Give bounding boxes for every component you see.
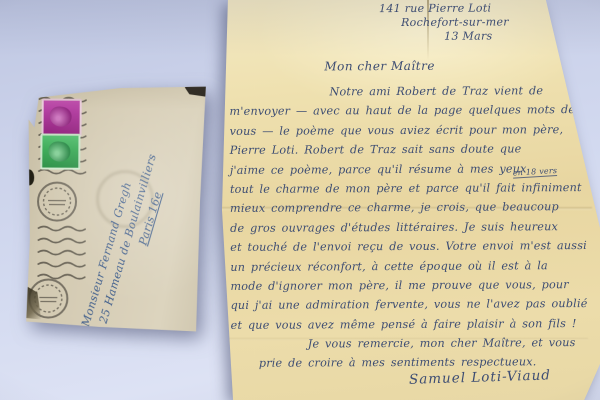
letter-signature: Samuel Loti-Viaud xyxy=(409,367,551,387)
letter-line: un précieux réconfort, à cette époque où… xyxy=(230,256,587,277)
letter-line: et que vous avez même pensé à faire plai… xyxy=(231,314,588,335)
embossed-ring-mark xyxy=(96,170,154,228)
letter-line: tout le charme de mon père et parce qu'i… xyxy=(230,178,587,199)
postage-stamp-green-icon xyxy=(40,133,80,169)
letter: 141 rue Pierre Loti Rochefort-sur-mer 13… xyxy=(205,0,600,400)
letter-header-address: 141 rue Pierre Loti xyxy=(379,2,491,16)
letter-line: et touché de l'envoi reçu de vous. Votre… xyxy=(230,236,587,257)
envelope-ink-blot xyxy=(24,169,34,185)
letter-line: Notre ami Robert de Traz vient de xyxy=(329,81,586,102)
circular-postmark-icon xyxy=(27,277,69,319)
envelope-address: Monsieur Fernand Gregh 25 Hameau de Boul… xyxy=(78,121,184,340)
wavy-cancel-lines-icon xyxy=(36,83,87,183)
envelope-paper: Monsieur Fernand Gregh 25 Hameau de Boul… xyxy=(17,77,211,336)
stamp-portrait-icon xyxy=(47,141,71,163)
letter-line: m'envoyer — avec au haut de la page quel… xyxy=(229,100,586,121)
stamp-portrait-icon xyxy=(49,106,73,128)
letter-line: mieux comprendre ce charme, je crois, qu… xyxy=(230,197,587,218)
circular-postmark-icon xyxy=(36,180,78,222)
address-line-recipient: Monsieur Fernand Gregh xyxy=(78,121,153,329)
letter-closing-line: Je vous remercie, mon cher Maître, et vo… xyxy=(308,333,588,354)
address-line-street: 25 Hameau de Boulainvilliers xyxy=(96,125,169,325)
letter-line: de gros ouvrages d'études littéraires. J… xyxy=(230,217,587,238)
letter-body: Notre ami Robert de Traz vient de m'envo… xyxy=(229,81,588,374)
envelope: Monsieur Fernand Gregh 25 Hameau de Boul… xyxy=(17,77,211,336)
wavy-cancel-lines-icon xyxy=(35,224,85,282)
letter-line: qui j'ai une admiration fervente, vous n… xyxy=(231,294,588,315)
envelope-corner-fold xyxy=(21,283,41,319)
address-line-city: Paris 16e xyxy=(135,130,184,248)
letter-salutation: Mon cher Maître xyxy=(324,59,435,74)
letter-handwriting: 141 rue Pierre Loti Rochefort-sur-mer 13… xyxy=(204,0,600,400)
letter-header-date: 13 Mars xyxy=(444,30,492,43)
photo-of-letter-and-envelope: Monsieur Fernand Gregh 25 Hameau de Boul… xyxy=(0,0,600,400)
letter-line: Pierre Loti. Robert de Traz sait sans do… xyxy=(230,139,587,160)
letter-paper: 141 rue Pierre Loti Rochefort-sur-mer 13… xyxy=(205,0,600,400)
letter-header-city: Rochefort-sur-mer xyxy=(401,15,509,29)
letter-line: vous — le poème que vous aviez écrit pou… xyxy=(230,120,587,141)
letter-line: mode d'ignorer mon père, il me prouve qu… xyxy=(230,275,587,296)
postage-stamp-magenta-icon xyxy=(41,98,81,136)
